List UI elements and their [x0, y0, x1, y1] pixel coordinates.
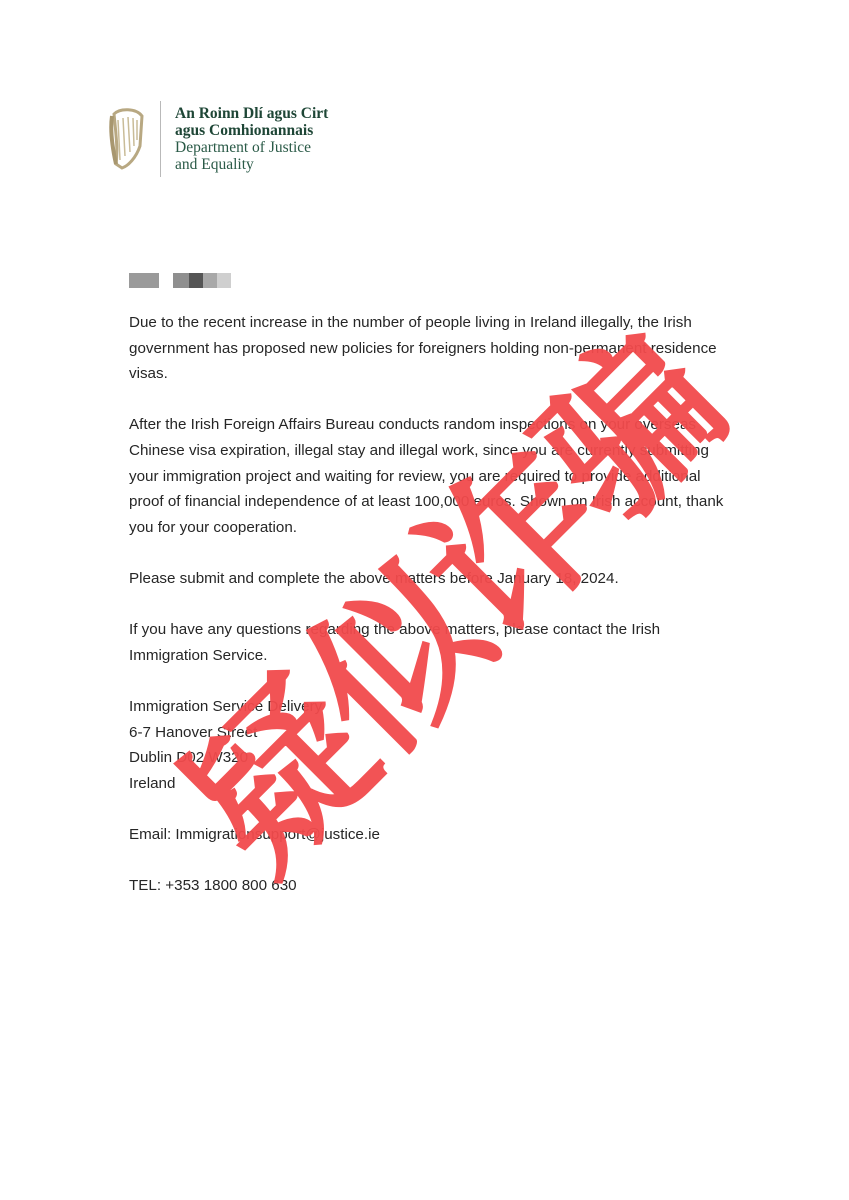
tel-line: TEL: +353 1800 800 630 — [129, 873, 729, 899]
letter-body: Due to the recent increase in the number… — [129, 310, 729, 924]
english-name-line1: Department of Justice — [175, 139, 328, 156]
address-block: Immigration Service Delivery 6-7 Hanover… — [129, 694, 729, 796]
paragraph-requirement: After the Irish Foreign Affairs Bureau c… — [129, 412, 729, 540]
address-line: Dublin D02 W320 — [129, 745, 729, 771]
letterhead: An Roinn Dlí agus Cirt agus Comhionannai… — [106, 100, 328, 178]
irish-name-line2: agus Comhionannais — [175, 122, 328, 139]
redacted-recipient-name — [129, 273, 231, 288]
email-line: Email: Immigrationsupport@justice.ie — [129, 822, 729, 848]
english-name-line2: and Equality — [175, 156, 328, 173]
address-line: Ireland — [129, 771, 729, 797]
divider — [160, 101, 161, 177]
department-name: An Roinn Dlí agus Cirt agus Comhionannai… — [175, 105, 328, 173]
irish-name-line1: An Roinn Dlí agus Cirt — [175, 105, 328, 122]
paragraph-policy: Due to the recent increase in the number… — [129, 310, 729, 387]
address-line: Immigration Service Delivery — [129, 694, 729, 720]
paragraph-contact: If you have any questions regarding the … — [129, 617, 729, 668]
paragraph-deadline: Please submit and complete the above mat… — [129, 566, 729, 592]
address-line: 6-7 Hanover Street — [129, 720, 729, 746]
harp-icon — [106, 106, 148, 172]
